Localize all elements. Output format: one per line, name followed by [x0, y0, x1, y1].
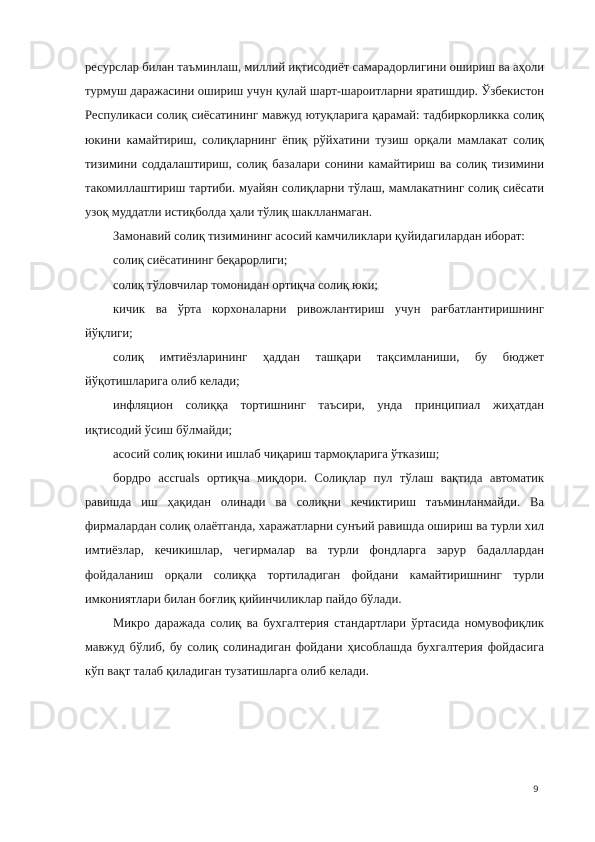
paragraph-shortcomings-lead: Замонавий солиқ тизимининг асосий камчил… — [85, 224, 544, 248]
list-item-sme-incentives: кичик ва ўрта корхоналарни ривожлантириш… — [85, 297, 544, 345]
paragraph-accruals: бордро accruals ортиқча миқдори. Солиқла… — [85, 466, 544, 611]
page-number: 9 — [533, 785, 539, 795]
list-item-instability: солиқ сиёсатининг беқарорлиги; — [85, 248, 544, 272]
watermark: Docx.uz — [236, 695, 381, 736]
list-item-excess-burden: солиқ тўловчилар томонидан ортиқча солиқ… — [85, 273, 544, 297]
watermark: Docx.uz — [27, 695, 172, 736]
document-page: Docx.uz Docx.uz Docx.uz Docx.uz Docx.uz … — [0, 0, 595, 842]
watermark: Docx.uz — [446, 695, 591, 736]
document-body: ресурслар билан таъминлаш, миллий иқтисо… — [85, 55, 544, 683]
paragraph-intro-continuation: ресурслар билан таъминлаш, миллий иқтисо… — [85, 55, 544, 224]
list-item-exemptions: солиқ имтиёзларининг ҳаддан ташқари тақс… — [85, 345, 544, 393]
list-item-burden-shift: асосий солиқ юкини ишлаб чиқариш тармоқл… — [85, 442, 544, 466]
list-item-inflation: инфляцион солиққа тортишнинг таъсири, ун… — [85, 393, 544, 441]
paragraph-micro-level: Микро даражада солиқ ва бухгалтерия стан… — [85, 611, 544, 684]
